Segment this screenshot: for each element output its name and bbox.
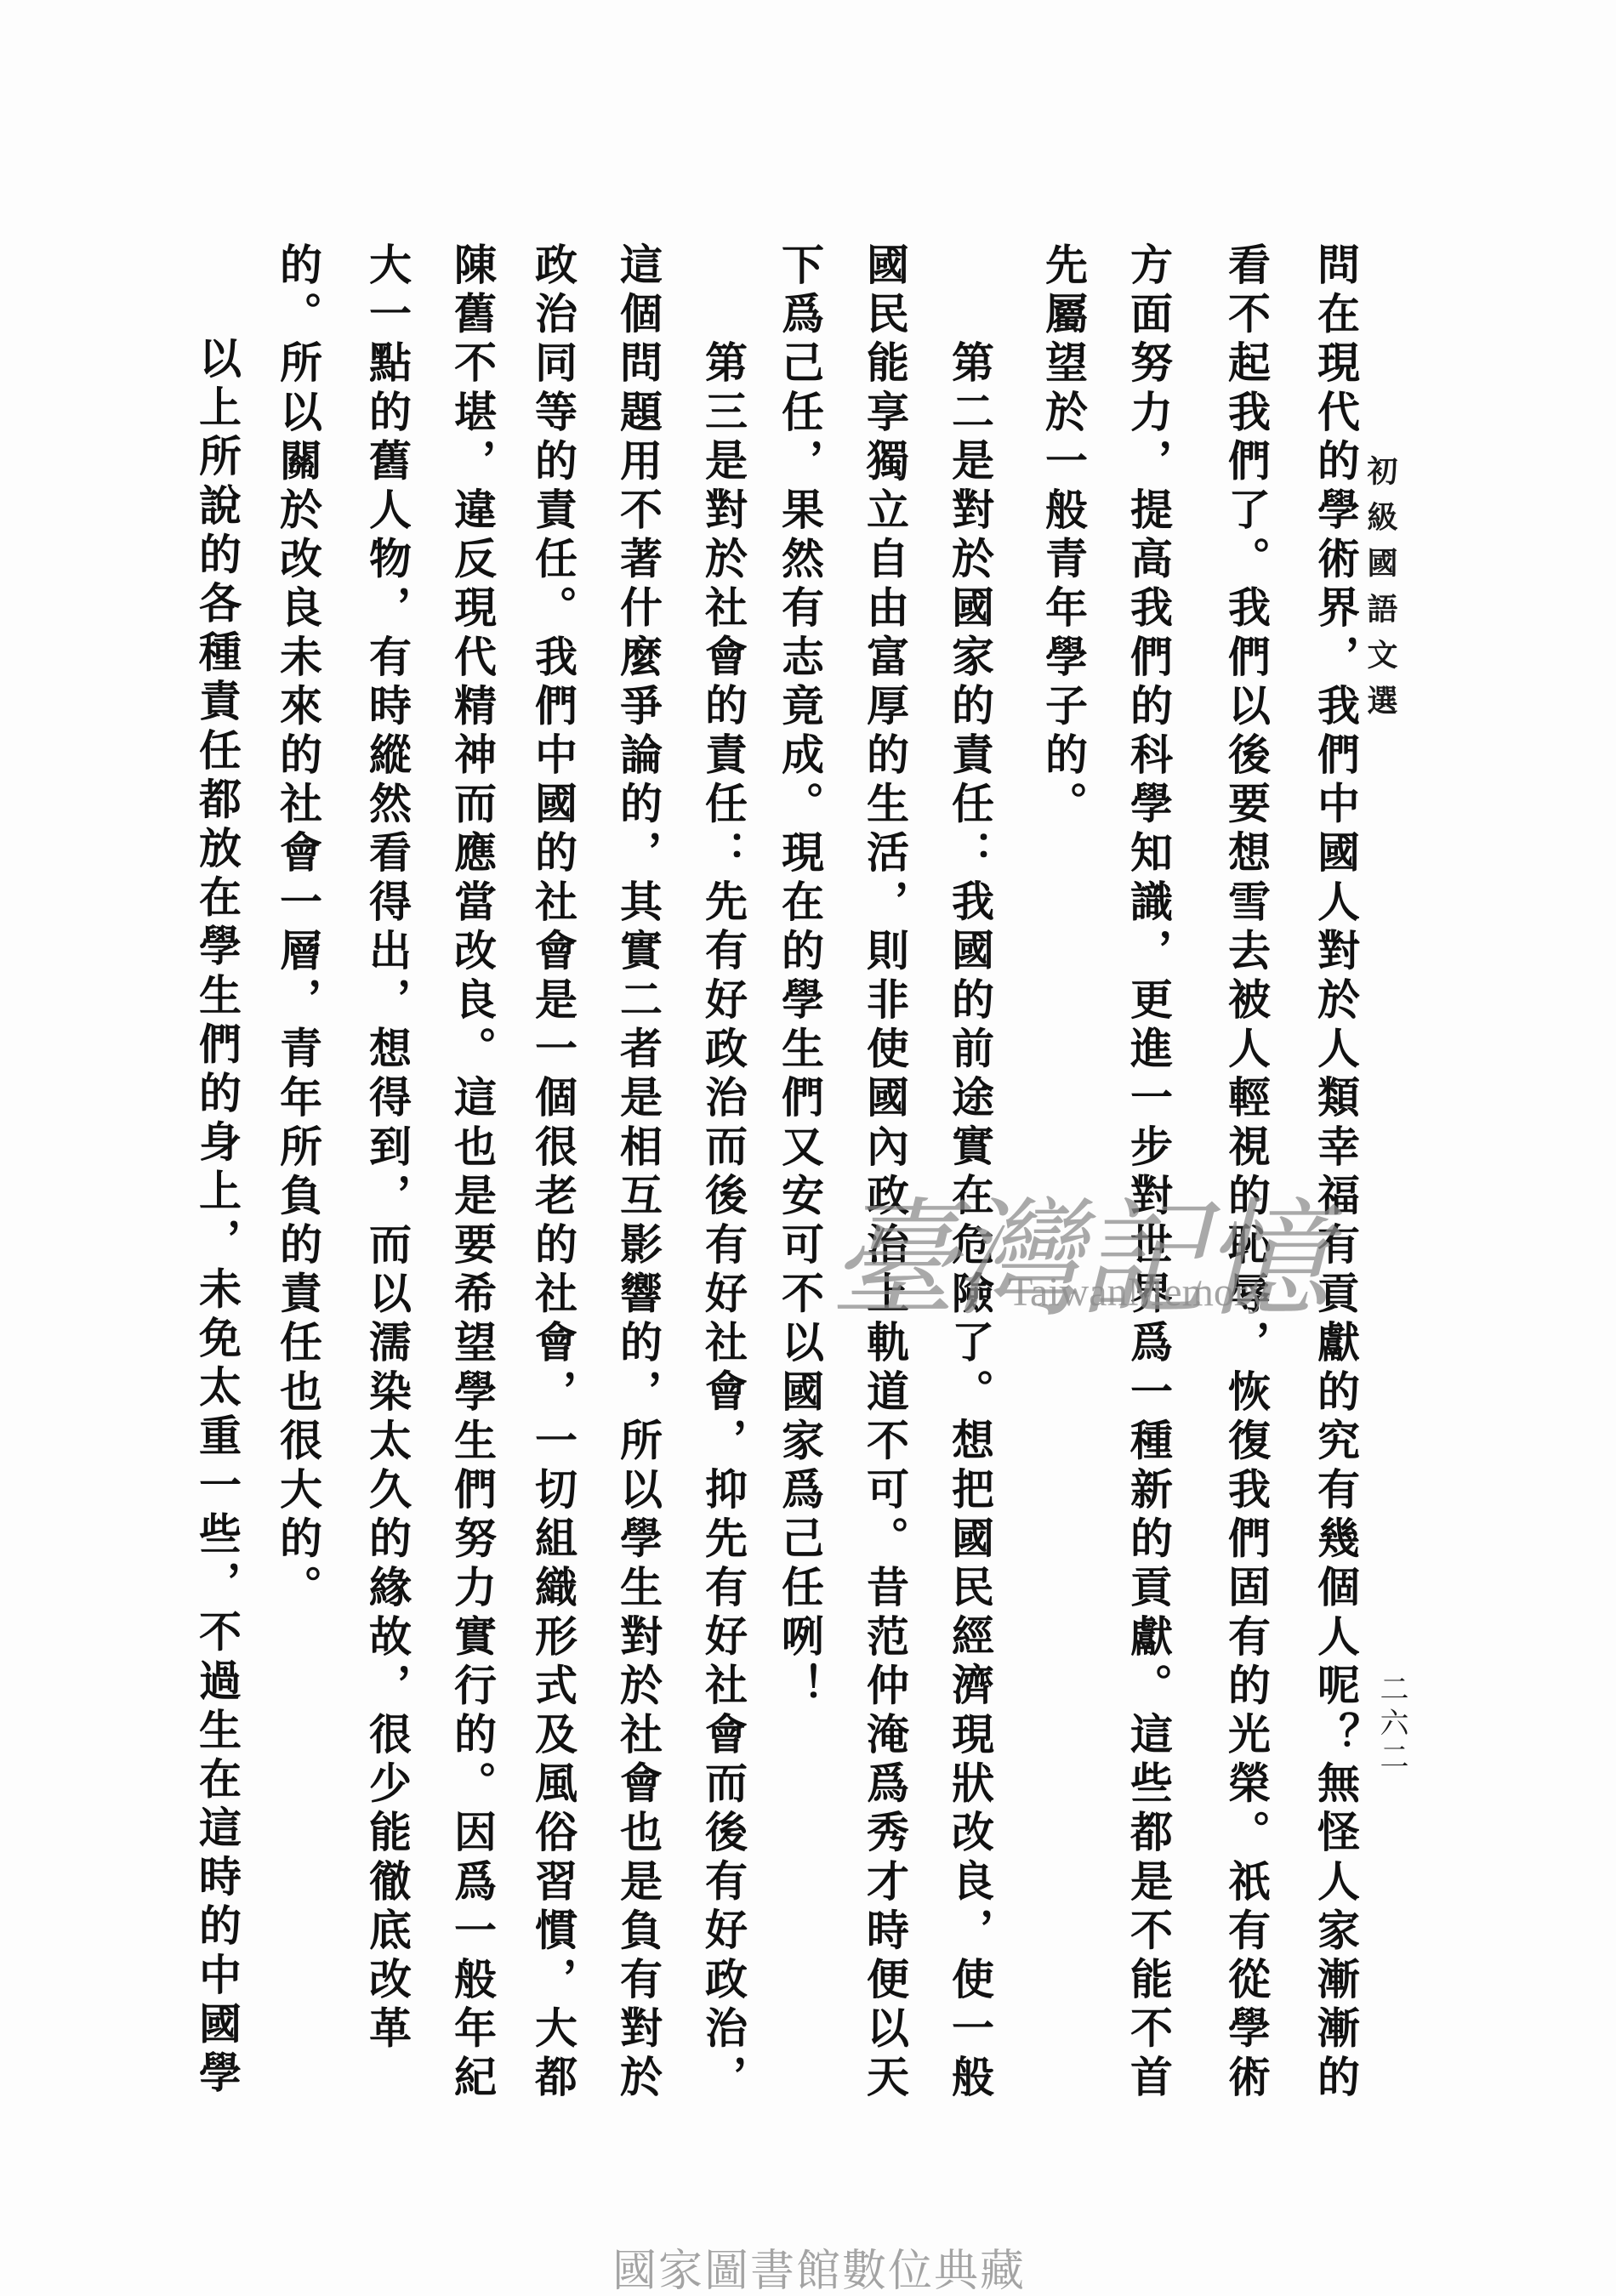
watermark-logo-english: TaiwanMemory [1008, 1269, 1268, 1316]
text-column: 政治同等的責任。我們中國的社會是一個很老的社會，一切組織形式及風俗習慣，大都 [523, 242, 583, 2104]
text-column: 陳舊不堪，違反現代精神而應當改良。這也是要希望學生們努力實行的。因爲一般年紀 [442, 242, 502, 2104]
text-column: 的。所以關於改良未來的社會一層，青年所負的責任也很大的。 [268, 242, 327, 1614]
footer-collection-credit: 國家圖書館數位典藏 [612, 2235, 1026, 2296]
text-column: 以上所說的各種責任都放在學生們的身上，未免太重一些，不過生在這時的中國學 [187, 336, 247, 2100]
text-column: 先屬望於一般青年學子的。 [1033, 242, 1093, 830]
running-header-book-title: 初級國語文選 [1359, 455, 1403, 730]
text-column: 第三是對於社會的責任：先有好政治而後有好社會，抑先有好社會而後有好政治， [693, 340, 753, 2104]
text-column: 大一點的舊人物，有時縱然看得出，想得到，而以濡染太久的緣故，很少能徹底改革 [357, 242, 417, 2054]
text-column: 下爲己任，果然有志竟成。現在的學生們又安可不以國家爲己任咧！ [770, 242, 829, 1712]
text-column: 這個問題用不著什麼爭論的，其實二者是相互影響的，所以學生對於社會也是負有對於 [608, 242, 668, 2104]
page-number: 二六二 [1371, 1674, 1413, 1776]
scanned-book-page: 初級國語文選 二六二 問在現代的學術界，我們中國人對於人類幸福有貢獻的究有幾個人… [0, 0, 1616, 2296]
